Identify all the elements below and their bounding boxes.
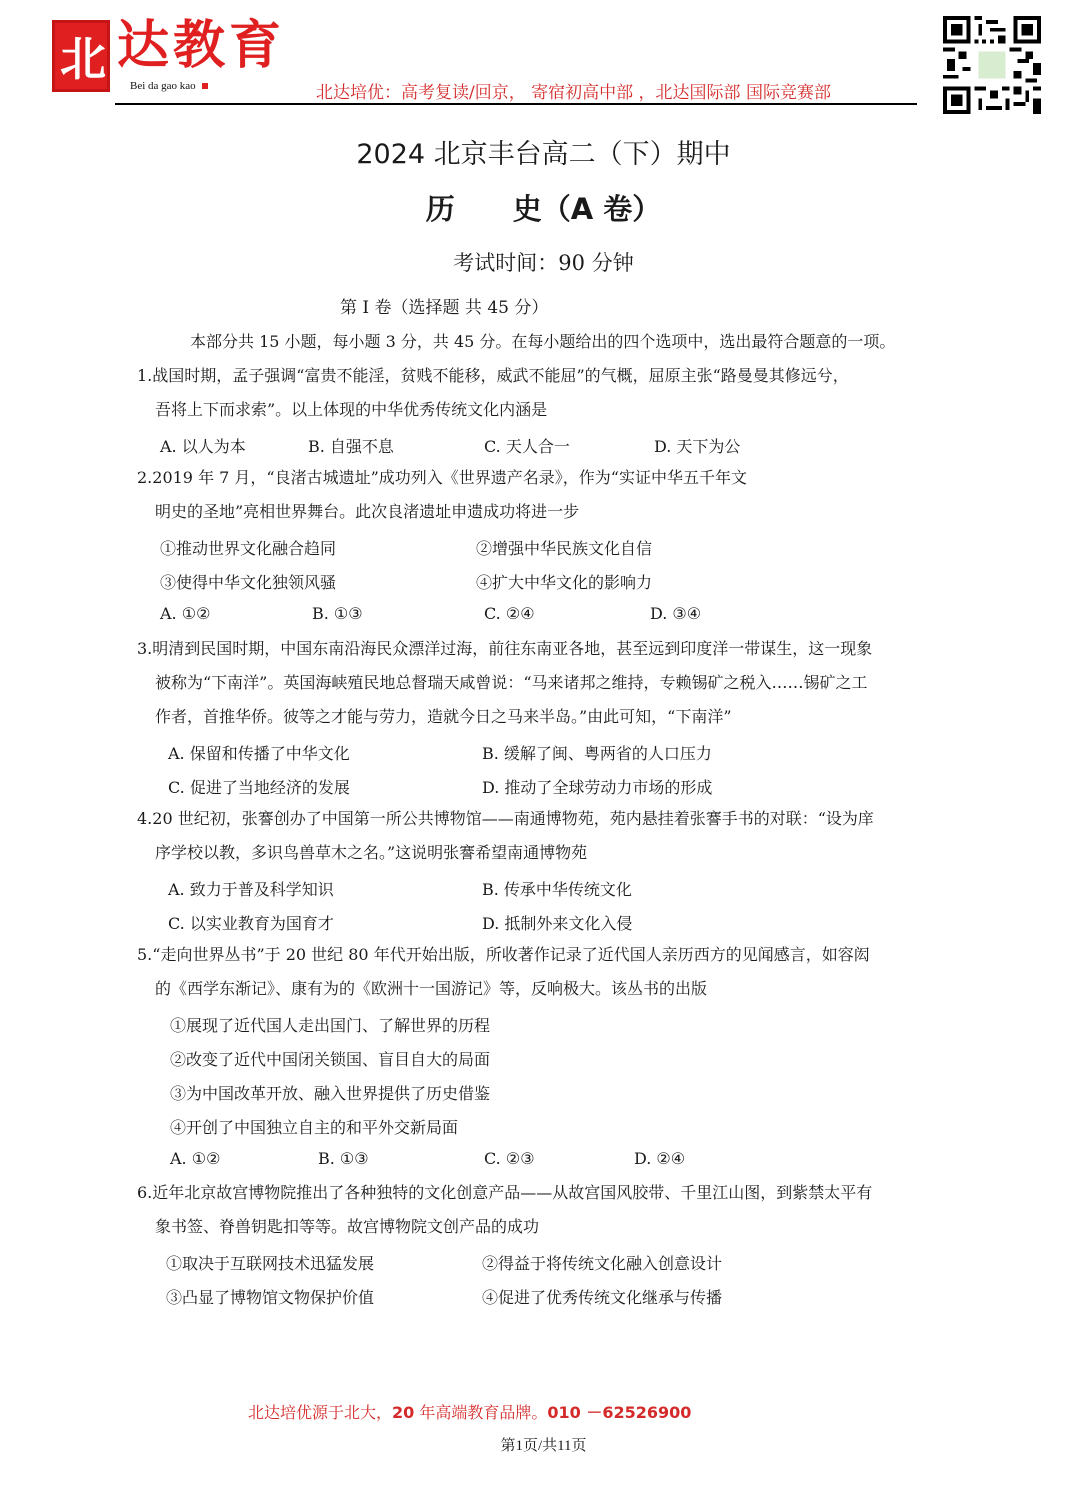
q3-option-a: A. 保留和传播了中华文化 <box>168 741 350 764</box>
q2-statement-1: ①推动世界文化融合趋同 <box>160 536 336 559</box>
q6-statement-1: ①取决于互联网技术迅猛发展 <box>166 1251 374 1274</box>
logo-text: 达教育 <box>117 16 285 76</box>
logo-subtitle-text: Bei da gao kao <box>130 80 196 92</box>
question-6-line-1: 6.近年北京故宫博物院推出了各种独特的文化创意产品——从故宫国风胶带、千里江山图… <box>137 1183 872 1203</box>
q2-option-c: C. ②④ <box>484 604 535 623</box>
q4-option-c: C. 以实业教育为国育才 <box>168 911 334 934</box>
subject-part2: 史（A 卷） <box>513 192 662 226</box>
question-4-line-2: 序学校以教，多识鸟兽草木之名。”这说明张謇希望南通博物苑 <box>155 843 587 863</box>
logo-glyph: 北 <box>60 23 102 89</box>
q5-option-a: A. ①② <box>170 1149 220 1168</box>
q5-statement-4: ④开创了中国独立自主的和平外交新局面 <box>170 1115 458 1138</box>
q2-statement-3: ③使得中华文化独领风骚 <box>160 570 336 593</box>
question-2-line-2: 明史的圣地”亮相世界舞台。此次良渚遗址申遗成功将进一步 <box>155 502 579 522</box>
q5-statement-3: ③为中国改革开放、融入世界提供了历史借鉴 <box>170 1081 490 1104</box>
q5-statement-2: ②改变了近代中国闭关锁国、盲目自大的局面 <box>170 1047 490 1070</box>
q1-option-c: C. 天人合一 <box>484 434 570 457</box>
question-3-line-3: 作者，首推华侨。彼等之才能与劳力，造就今日之马来半岛。”由此可知，“下南洋” <box>155 707 732 727</box>
red-square-icon <box>202 83 208 89</box>
question-1-line-2: 吾将上下而求索”。以上体现的中华优秀传统文化内涵是 <box>155 400 547 420</box>
question-1-line-1: 1.战国时期，孟子强调“富贵不能淫，贫贱不能移，威武不能屈”的气概，屈原主张“路… <box>137 366 849 386</box>
q5-statement-1: ①展现了近代国人走出国门、了解世界的历程 <box>170 1013 490 1036</box>
logo-subtitle: Bei da gao kao <box>130 80 208 92</box>
question-4-line-1: 4.20 世纪初，张謇创办了中国第一所公共博物馆——南通博物苑，苑内悬挂着张謇手… <box>137 809 874 829</box>
page-number: 第1页/共11页 <box>0 1434 1087 1455</box>
subject-part1: 历 <box>426 192 455 226</box>
promo-phone: 010 －62526900 <box>547 1403 691 1422</box>
promo-text-2: 年高端教育品牌。 <box>414 1403 547 1422</box>
q1-option-d: D. 天下为公 <box>654 434 740 457</box>
question-5-line-2: 的《西学东渐记》、康有为的《欧洲十一国游记》等，反响极大。该丛书的出版 <box>155 979 707 999</box>
exam-time: 考试时间：90 分钟 <box>0 247 1087 277</box>
qr-code-icon <box>943 16 1041 114</box>
q4-option-b: B. 传承中华传统文化 <box>482 877 632 900</box>
logo-mark: 北 <box>52 20 110 92</box>
q2-option-d: D. ③④ <box>650 604 701 623</box>
header-divider <box>115 103 917 105</box>
q6-statement-3: ③凸显了博物馆文物保护价值 <box>166 1285 374 1308</box>
q2-statement-4: ④扩大中华文化的影响力 <box>476 570 652 593</box>
q5-option-b: B. ①③ <box>318 1149 369 1168</box>
q3-option-d: D. 推动了全球劳动力市场的形成 <box>482 775 712 798</box>
instructions: 本部分共 15 小题，每小题 3 分，共 45 分。在每小题给出的四个选项中，选… <box>190 332 895 352</box>
q6-statement-4: ④促进了优秀传统文化继承与传播 <box>482 1285 722 1308</box>
q6-statement-2: ②得益于将传统文化融入创意设计 <box>482 1251 722 1274</box>
q4-option-d: D. 抵制外来文化入侵 <box>482 911 632 934</box>
promo-text-1: 北达培优源于北大， <box>248 1403 392 1422</box>
q3-option-c: C. 促进了当地经济的发展 <box>168 775 350 798</box>
promo-years: 20 <box>392 1403 414 1422</box>
q2-option-b: B. ①③ <box>312 604 363 623</box>
q2-option-a: A. ①② <box>160 604 210 623</box>
q1-option-a: A. 以人为本 <box>160 434 246 457</box>
question-5-line-1: 5.“走向世界丛书”于 20 世纪 80 年代开始出版，所收著作记录了近代国人亲… <box>137 945 870 965</box>
q1-option-b: B. 自强不息 <box>308 434 394 457</box>
q5-option-c: C. ②③ <box>484 1149 535 1168</box>
q3-option-b: B. 缓解了闽、粤两省的人口压力 <box>482 741 712 764</box>
q2-statement-2: ②增强中华民族文化自信 <box>476 536 652 559</box>
header-banner: 北达培优：高考复读/回京， 寄宿初高中部 ，北达国际部 国际竞赛部 <box>316 78 831 103</box>
exam-title: 2024 北京丰台高二（下）期中 <box>0 132 1087 171</box>
question-3-line-1: 3.明清到民国时期，中国东南沿海民众漂洋过海，前往东南亚各地，甚至远到印度洋一带… <box>137 639 872 659</box>
section-heading: 第 I 卷（选择题 共 45 分） <box>340 293 548 318</box>
footer-promo: 北达培优源于北大，20 年高端教育品牌。010 －62526900 <box>248 1400 691 1423</box>
question-2-line-1: 2.2019 年 7 月，“良渚古城遗址”成功列入《世界遗产名录》，作为“实证中… <box>137 468 747 488</box>
q4-option-a: A. 致力于普及科学知识 <box>168 877 334 900</box>
question-3-line-2: 被称为“下南洋”。英国海峡殖民地总督瑞天咸曾说：“马来诸邦之维持，专赖锡矿之税入… <box>155 673 868 693</box>
exam-subject: 历史（A 卷） <box>0 187 1087 228</box>
question-6-line-2: 象书签、脊兽钥匙扣等等。故宫博物院文创产品的成功 <box>155 1217 539 1237</box>
q5-option-d: D. ②④ <box>634 1149 685 1168</box>
